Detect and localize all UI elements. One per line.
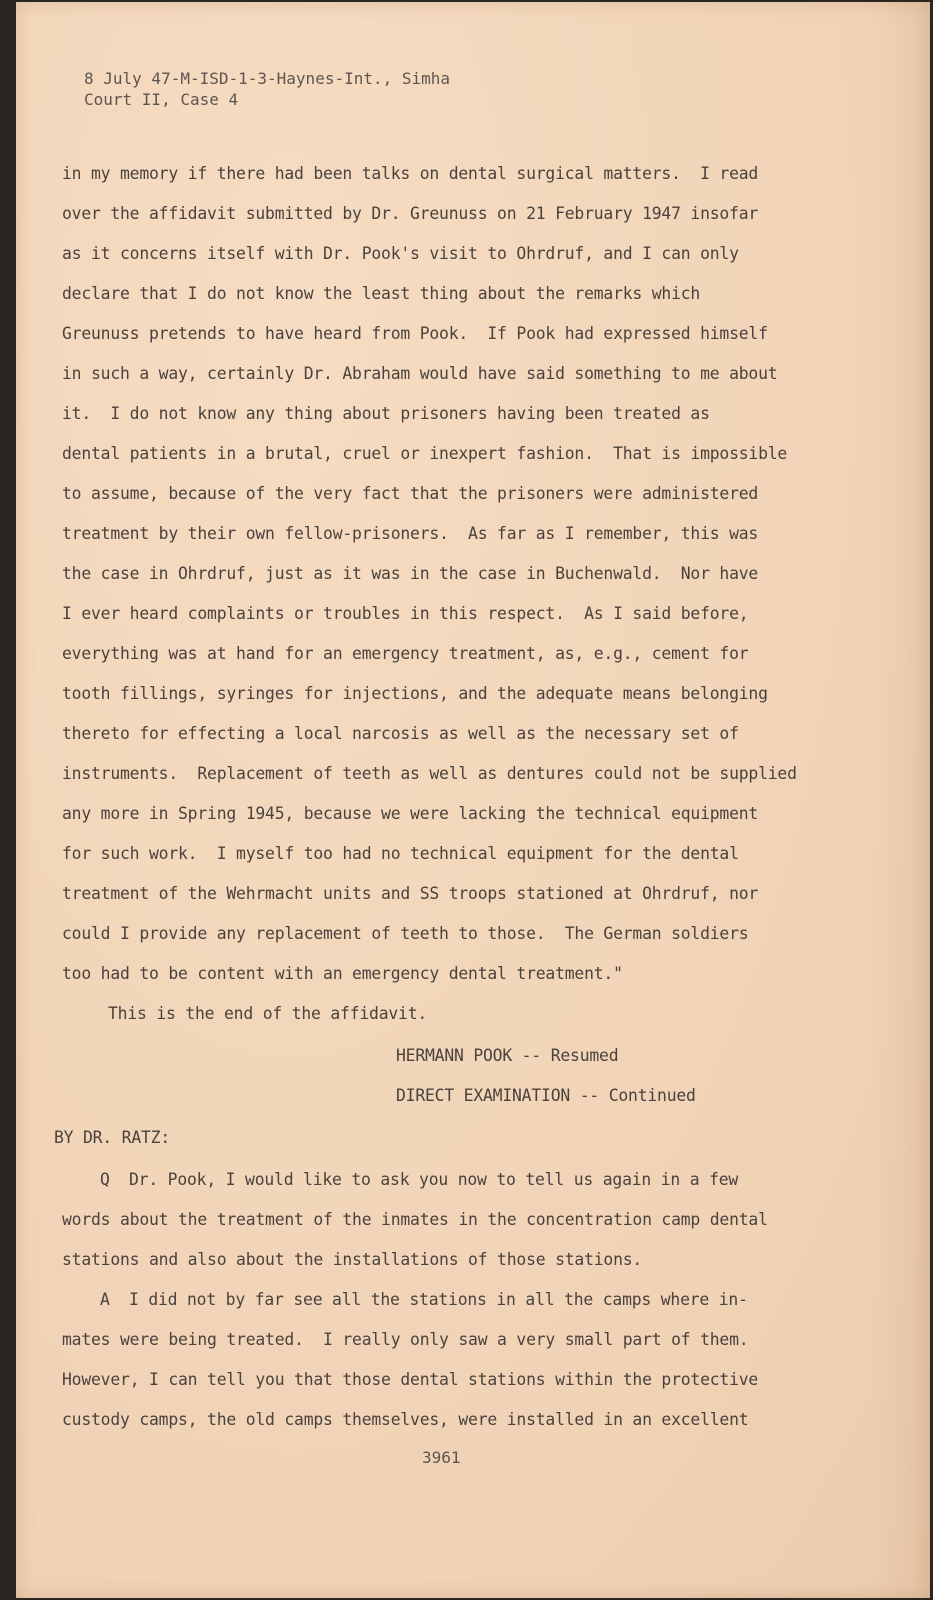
transcript-line: too had to be content with an emergency …: [62, 964, 623, 983]
transcript-line: in such a way, certainly Dr. Abraham wou…: [62, 364, 777, 383]
transcript-line: Greunuss pretends to have heard from Poo…: [62, 324, 768, 343]
transcript-line: I ever heard complaints or troubles in t…: [62, 604, 748, 623]
transcript-line: This is the end of the affidavit.: [108, 1004, 427, 1023]
transcript-line: HERMANN POOK -- Resumed: [396, 1046, 618, 1065]
transcript-line: as it concerns itself with Dr. Pook's vi…: [62, 244, 739, 263]
transcript-line: for such work. I myself too had no techn…: [62, 844, 739, 863]
transcript-line: Q Dr. Pook, I would like to ask you now …: [100, 1170, 738, 1189]
transcript-line: to assume, because of the very fact that…: [62, 484, 758, 503]
transcript-line: However, I can tell you that those denta…: [62, 1370, 758, 1389]
document-page: 8 July 47-M-ISD-1-3-Haynes-Int., Simha C…: [16, 2, 930, 1598]
transcript-line: A I did not by far see all the stations …: [100, 1290, 748, 1309]
transcript-line: mates were being treated. I really only …: [62, 1330, 748, 1349]
document-header: 8 July 47-M-ISD-1-3-Haynes-Int., Simha C…: [84, 68, 450, 110]
transcript-line: it. I do not know any thing about prison…: [62, 404, 710, 423]
transcript-line: treatment by their own fellow-prisoners.…: [62, 524, 758, 543]
transcript-line: everything was at hand for an emergency …: [62, 644, 748, 663]
transcript-line: dental patients in a brutal, cruel or in…: [62, 444, 787, 463]
transcript-line: in my memory if there had been talks on …: [62, 164, 758, 183]
transcript-line: DIRECT EXAMINATION -- Continued: [396, 1086, 696, 1105]
transcript-line: thereto for effecting a local narcosis a…: [62, 724, 739, 743]
transcript-line: treatment of the Wehrmacht units and SS …: [62, 884, 758, 903]
transcript-line: the case in Ohrdruf, just as it was in t…: [62, 564, 758, 583]
header-line-2: Court II, Case 4: [84, 90, 238, 109]
transcript-line: BY DR. RATZ:: [54, 1128, 170, 1147]
transcript-line: custody camps, the old camps themselves,…: [62, 1410, 748, 1429]
transcript-line: over the affidavit submitted by Dr. Greu…: [62, 204, 758, 223]
transcript-line: words about the treatment of the inmates…: [62, 1210, 768, 1229]
transcript-line: tooth fillings, syringes for injections,…: [62, 684, 768, 703]
transcript-line: stations and also about the installation…: [62, 1250, 642, 1269]
page-number: 3961: [422, 1448, 461, 1467]
header-line-1: 8 July 47-M-ISD-1-3-Haynes-Int., Simha: [84, 69, 450, 88]
transcript-line: any more in Spring 1945, because we were…: [62, 804, 758, 823]
transcript-line: could I provide any replacement of teeth…: [62, 924, 748, 943]
transcript-line: instruments. Replacement of teeth as wel…: [62, 764, 797, 783]
transcript-line: declare that I do not know the least thi…: [62, 284, 700, 303]
